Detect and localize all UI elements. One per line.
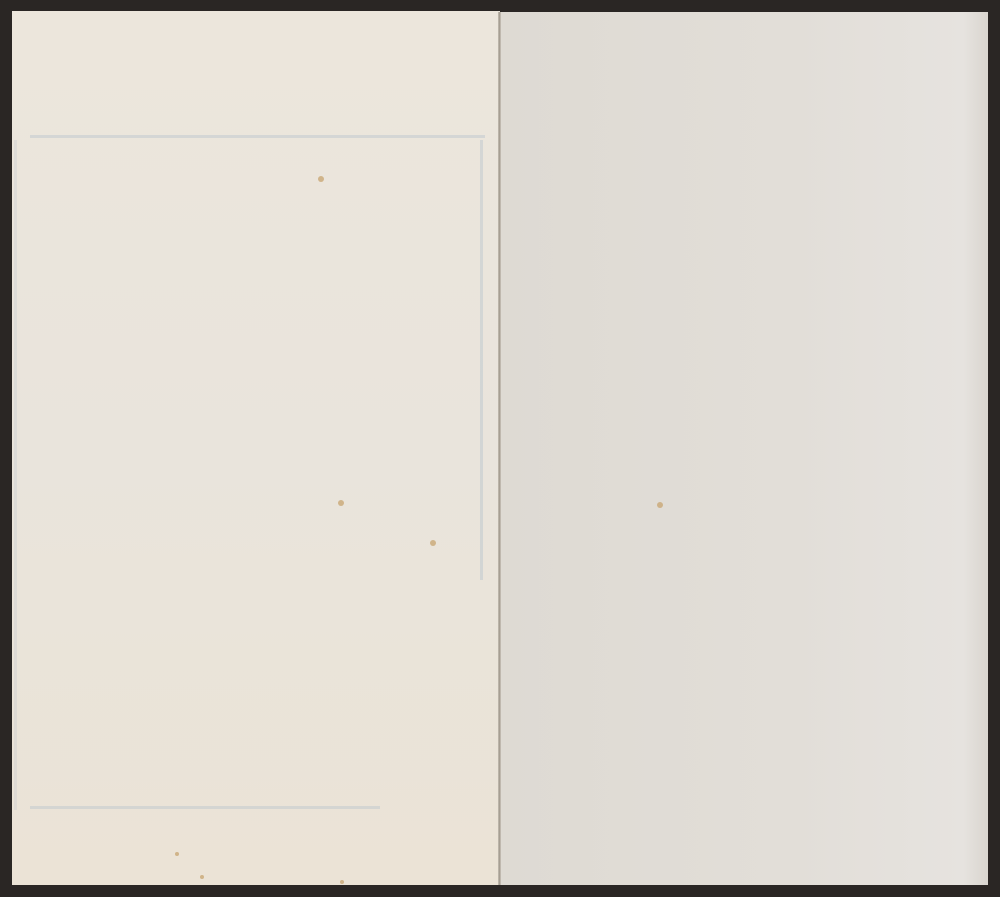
show-through-frame-bottom (30, 806, 380, 809)
foxing-spot (318, 176, 324, 182)
show-through-frame-right (480, 140, 483, 580)
foxing-spot (200, 875, 204, 879)
foxing-spot (340, 880, 344, 884)
foxing-spot (430, 540, 436, 546)
show-through-frame-top (30, 135, 485, 138)
show-through-frame-left (14, 140, 17, 810)
show-through-text (30, 165, 475, 795)
book-gutter (498, 12, 501, 885)
foxing-spot (338, 500, 344, 506)
foxing-spot (657, 502, 663, 508)
foxing-spot (175, 852, 179, 856)
right-page (500, 12, 988, 885)
